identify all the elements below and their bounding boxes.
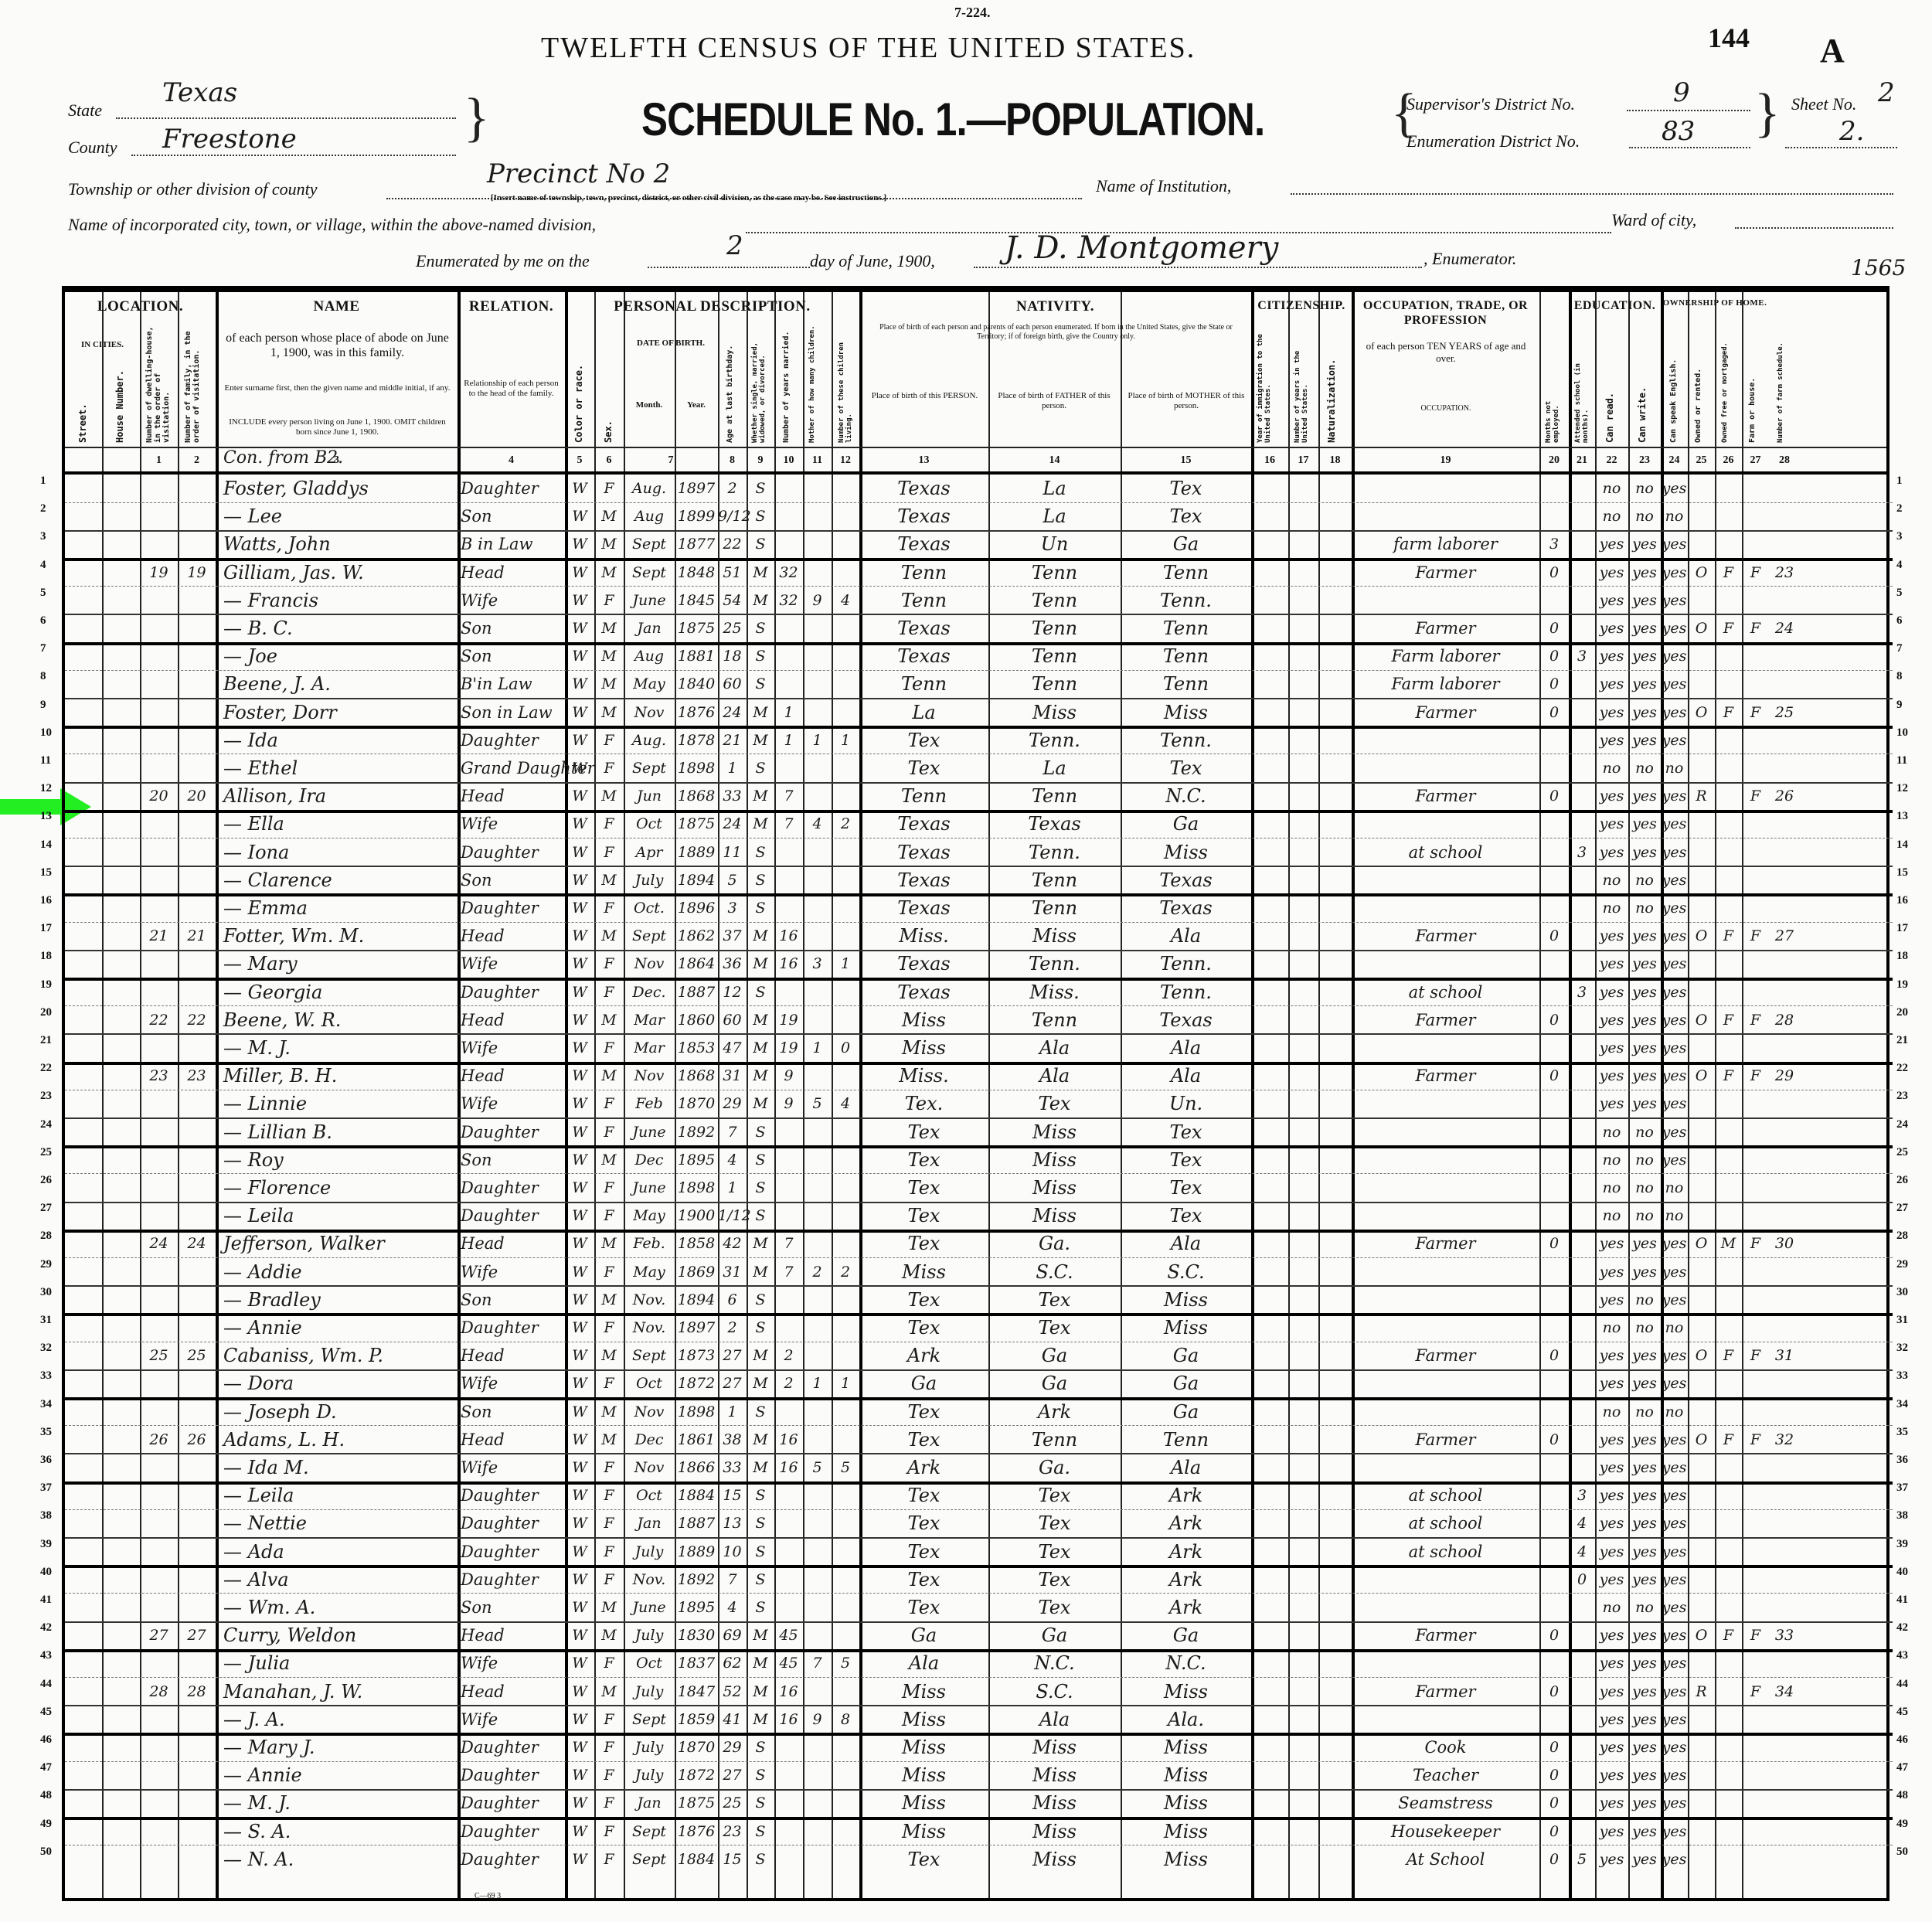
line-number: 30	[1896, 1286, 1908, 1299]
farm-house	[1742, 1651, 1769, 1675]
farm-schedule-number	[1769, 896, 1800, 920]
name-description: of each person whose place of abode on J…	[223, 331, 451, 360]
birthplace-mother: Ga	[1121, 1371, 1251, 1396]
person-name: — Julia	[223, 1651, 455, 1675]
family-number	[178, 1735, 216, 1760]
birthplace-father: Miss	[988, 1148, 1121, 1172]
months-unemployed	[1539, 868, 1569, 893]
color-race: W	[565, 1483, 594, 1508]
mother-of-children	[803, 1427, 832, 1452]
farm-schedule-number: 25	[1769, 700, 1800, 725]
speaks-english: yes	[1661, 868, 1688, 893]
line-number: 50	[1896, 1845, 1908, 1859]
birthplace-person: Ala	[859, 1651, 988, 1675]
table-row: — JuliaWifeWFOct183762M4575AlaN.C.N.C.ye…	[65, 1649, 1893, 1678]
age: 24	[718, 811, 747, 836]
months-unemployed: 0	[1539, 1735, 1569, 1760]
mother-of-children: 1	[803, 1371, 832, 1396]
years-married: 2	[774, 1371, 803, 1396]
table-row: — J. A.WifeWFSept185941M1698MissAlaAla.y…	[65, 1706, 1893, 1737]
birthplace-person: La	[859, 700, 988, 725]
months-unemployed	[1539, 1539, 1569, 1564]
birth-month: Aug	[624, 644, 675, 668]
table-row: — LeilaDaughterWFOct188415STexTexArkat s…	[65, 1481, 1893, 1510]
occupation: Farmer	[1352, 1679, 1539, 1704]
age: 1	[718, 1175, 747, 1200]
mother-of-children	[803, 1343, 832, 1368]
color-race: W	[565, 728, 594, 753]
relation: Head	[461, 1343, 565, 1368]
school-months	[1569, 1707, 1595, 1732]
line-number: 40	[40, 1566, 52, 1579]
can-read: yes	[1595, 644, 1628, 668]
speaks-english: yes	[1661, 728, 1688, 753]
enumerated-prefix: Enumerated by me on the	[416, 251, 590, 271]
person-name: — M. J.	[223, 1036, 455, 1060]
color-race: W	[565, 1819, 594, 1844]
can-read: yes	[1595, 1231, 1628, 1256]
speaks-english: yes	[1661, 1679, 1688, 1704]
months-unemployed: 0	[1539, 1623, 1569, 1648]
color-race: W	[565, 1063, 594, 1088]
occupation: Farmer	[1352, 1008, 1539, 1032]
birthplace-person: Tex	[859, 756, 988, 781]
relation: Head	[461, 1008, 565, 1032]
vh-mortgaged: Owned free or mortgaged.	[1721, 323, 1729, 443]
school-months	[1569, 1091, 1595, 1116]
can-read: yes	[1595, 1483, 1628, 1508]
line-number: 36	[40, 1454, 52, 1467]
birthplace-father: Tenn.	[988, 728, 1121, 753]
birthplace-father: Ala	[988, 1063, 1121, 1088]
family-number	[178, 1847, 216, 1872]
school-months: 5	[1569, 1847, 1595, 1872]
birthplace-mother: Ark	[1121, 1483, 1251, 1508]
mother-of-children	[803, 504, 832, 529]
occupation	[1352, 1120, 1539, 1145]
occupation: at school	[1352, 1511, 1539, 1536]
form-number: 7-224.	[954, 5, 991, 21]
birth-month: Jan	[624, 1791, 675, 1815]
birth-year: 1870	[675, 1735, 718, 1760]
owned-rented	[1688, 951, 1715, 976]
occupation: Farmer	[1352, 616, 1539, 641]
birthplace-person: Tex	[859, 1148, 988, 1172]
months-unemployed	[1539, 1511, 1569, 1536]
person-name: Beene, J. A.	[223, 672, 455, 696]
line-number: 7	[1896, 642, 1903, 655]
school-months	[1569, 672, 1595, 696]
birth-month: Sept	[624, 1707, 675, 1732]
free-mortgaged	[1715, 504, 1742, 529]
school-months	[1569, 756, 1595, 781]
line-number: 49	[1896, 1818, 1908, 1831]
speaks-english: yes	[1661, 1567, 1688, 1592]
months-unemployed	[1539, 1091, 1569, 1116]
age: 3	[718, 896, 747, 920]
birthplace-mother: Tex	[1121, 756, 1251, 781]
farm-schedule-number	[1769, 1651, 1800, 1675]
marital-status: S	[747, 1148, 774, 1172]
farm-schedule-number: 23	[1769, 560, 1800, 585]
family-number	[178, 504, 216, 529]
birthplace-mother: Ark	[1121, 1595, 1251, 1620]
months-unemployed	[1539, 1455, 1569, 1480]
table-row: Beene, J. A.B'in LawWMMay184060STennTenn…	[65, 670, 1893, 699]
children-living	[832, 980, 859, 1005]
age: 1	[718, 756, 747, 781]
line-number: 5	[1896, 587, 1903, 600]
owned-rented	[1688, 1707, 1715, 1732]
table-row: — RoySonWMDec18954STexMissTexnonoyes	[65, 1146, 1893, 1175]
birthplace-father: Ga	[988, 1371, 1121, 1396]
occupation: at school	[1352, 1483, 1539, 1508]
family-number	[178, 1567, 216, 1592]
vh-marital: Whether single, married, widowed, or div…	[751, 323, 767, 443]
family-number	[178, 1400, 216, 1424]
months-unemployed: 0	[1539, 1063, 1569, 1088]
line-number: 12	[40, 782, 52, 795]
children-living: 2	[832, 811, 859, 836]
farm-house	[1742, 728, 1769, 753]
birth-year: 1887	[675, 1511, 718, 1536]
can-write: yes	[1628, 672, 1661, 696]
age: 7	[718, 1120, 747, 1145]
can-read: yes	[1595, 1008, 1628, 1032]
state-field-line	[116, 117, 456, 119]
school-months: 3	[1569, 840, 1595, 865]
years-married	[774, 476, 803, 501]
children-living: 5	[832, 1455, 859, 1480]
can-read: yes	[1595, 980, 1628, 1005]
relation: Son	[461, 504, 565, 529]
can-write: yes	[1628, 1511, 1661, 1536]
dwelling-number	[140, 1036, 178, 1060]
farm-schedule-number	[1769, 1707, 1800, 1732]
occupation	[1352, 756, 1539, 781]
can-read: yes	[1595, 840, 1628, 865]
brace-district-right: }	[1754, 87, 1781, 141]
relation: Head	[461, 1231, 565, 1256]
years-married: 7	[774, 1231, 803, 1256]
birthplace-person: Miss	[859, 1735, 988, 1760]
school-months	[1569, 728, 1595, 753]
family-number	[178, 1819, 216, 1844]
age: 52	[718, 1679, 747, 1704]
birthplace-mother: Texas	[1121, 868, 1251, 893]
birthplace-person: Texas	[859, 840, 988, 865]
relation: Daughter	[461, 1175, 565, 1200]
can-read: yes	[1595, 1539, 1628, 1564]
relation: Wife	[461, 588, 565, 613]
birthplace-mother: Tenn	[1121, 672, 1251, 696]
years-married: 16	[774, 1679, 803, 1704]
occupation	[1352, 1260, 1539, 1284]
owned-rented: O	[1688, 1231, 1715, 1256]
birth-month: Sept	[624, 1847, 675, 1872]
age: 47	[718, 1036, 747, 1060]
dwelling-number: 23	[140, 1063, 178, 1088]
birth-year: 1861	[675, 1427, 718, 1452]
sheet-line	[1785, 147, 1897, 148]
birthplace-person: Miss	[859, 1791, 988, 1815]
years-married	[774, 644, 803, 668]
birthplace-person: Tex	[859, 1483, 988, 1508]
years-married	[774, 1120, 803, 1145]
owned-rented: R	[1688, 1679, 1715, 1704]
person-name: Curry, Weldon	[223, 1623, 455, 1648]
person-name: — Ida	[223, 728, 455, 753]
relation: Daughter	[461, 896, 565, 920]
birthplace-mother: Ga	[1121, 1623, 1251, 1648]
family-number: 26	[178, 1427, 216, 1452]
birthplace-father: Tex	[988, 1315, 1121, 1340]
dwelling-number	[140, 1120, 178, 1145]
school-months: 3	[1569, 980, 1595, 1005]
can-write: yes	[1628, 1819, 1661, 1844]
enumerated-suffix: day of June, 1900,	[810, 251, 935, 271]
person-name: — Leila	[223, 1483, 455, 1508]
age: 25	[718, 1791, 747, 1815]
speaks-english: yes	[1661, 1763, 1688, 1788]
sex: F	[594, 1791, 624, 1815]
birth-year: 1876	[675, 700, 718, 725]
birthplace-person: Tex	[859, 1595, 988, 1620]
color-race: W	[565, 1707, 594, 1732]
mother-of-children	[803, 784, 832, 808]
mother-of-children	[803, 1008, 832, 1032]
family-number	[178, 1791, 216, 1815]
farm-house: F	[1742, 1343, 1769, 1368]
birthplace-father: Miss	[988, 1791, 1121, 1815]
can-write: yes	[1628, 1567, 1661, 1592]
free-mortgaged	[1715, 756, 1742, 781]
color-race: W	[565, 1763, 594, 1788]
birthplace-father: Tex	[988, 1091, 1121, 1116]
age: 10	[718, 1539, 747, 1564]
line-number: 36	[1896, 1454, 1908, 1467]
family-number	[178, 951, 216, 976]
age: 29	[718, 1091, 747, 1116]
can-write: yes	[1628, 700, 1661, 725]
children-living	[832, 1511, 859, 1536]
line-number: 19	[1896, 978, 1908, 992]
marital-status: S	[747, 644, 774, 668]
vh-farm: Farm or house.	[1748, 354, 1757, 443]
relation: Head	[461, 1623, 565, 1648]
months-unemployed	[1539, 756, 1569, 781]
occupation: Farmer	[1352, 700, 1539, 725]
line-number: 20	[1896, 1006, 1908, 1019]
birthplace-person: Tex	[859, 1203, 988, 1228]
family-number	[178, 1763, 216, 1788]
age: 51	[718, 560, 747, 585]
table-row: — BradleySonWMNov.18946STexTexMissyesnoy…	[65, 1286, 1893, 1317]
owned-rented	[1688, 1148, 1715, 1172]
family-number	[178, 896, 216, 920]
owned-rented	[1688, 728, 1715, 753]
relation: Daughter	[461, 476, 565, 501]
birthplace-father: S.C.	[988, 1260, 1121, 1284]
children-living	[832, 1120, 859, 1145]
occupation	[1352, 1567, 1539, 1592]
line-number: 16	[40, 894, 52, 907]
years-married	[774, 1847, 803, 1872]
mother-of-children	[803, 1400, 832, 1424]
owned-rented	[1688, 1483, 1715, 1508]
line-number: 24	[40, 1118, 52, 1131]
farm-house: F	[1742, 784, 1769, 808]
mother-of-children: 2	[803, 1260, 832, 1284]
birth-year: 1887	[675, 980, 718, 1005]
can-read: yes	[1595, 1819, 1628, 1844]
age: 36	[718, 951, 747, 976]
line-number: 18	[40, 950, 52, 963]
vh-color: Color or race.	[573, 362, 584, 443]
can-read: no	[1595, 756, 1628, 781]
color-race: W	[565, 1260, 594, 1284]
person-name: — Clarence	[223, 868, 455, 893]
years-married: 32	[774, 560, 803, 585]
mother-of-children: 3	[803, 951, 832, 976]
months-unemployed: 0	[1539, 1343, 1569, 1368]
months-unemployed	[1539, 1203, 1569, 1228]
birth-year: 1892	[675, 1567, 718, 1592]
relation: Wife	[461, 811, 565, 836]
line-number: 33	[40, 1369, 52, 1383]
table-row: — Mary J.DaughterWFJuly187029SMissMissMi…	[65, 1733, 1893, 1762]
children-living: 1	[832, 951, 859, 976]
speaks-english: no	[1661, 1175, 1688, 1200]
age: 31	[718, 1063, 747, 1088]
owned-rented	[1688, 1791, 1715, 1815]
birthplace-mother: Tex	[1121, 1203, 1251, 1228]
color-race: W	[565, 1400, 594, 1424]
school-months	[1569, 1651, 1595, 1675]
birth-month: Oct	[624, 1651, 675, 1675]
colnum-2: 2	[178, 454, 216, 467]
farm-house: F	[1742, 1231, 1769, 1256]
marital-status: M	[747, 728, 774, 753]
person-name: Foster, Gladdys	[223, 476, 455, 501]
family-number: 23	[178, 1063, 216, 1088]
sex: F	[594, 1567, 624, 1592]
mother-of-children: 9	[803, 1707, 832, 1732]
birth-month: Feb.	[624, 1231, 675, 1256]
brace-left: }	[464, 91, 490, 145]
dwelling-number	[140, 588, 178, 613]
owned-rented: R	[1688, 784, 1715, 808]
years-married	[774, 672, 803, 696]
free-mortgaged	[1715, 1679, 1742, 1704]
speaks-english: yes	[1661, 1735, 1688, 1760]
colnum-23: 23	[1628, 454, 1661, 467]
age: 13	[718, 1511, 747, 1536]
birth-year: 1900	[675, 1203, 718, 1228]
birth-month: June	[624, 1175, 675, 1200]
farm-house	[1742, 756, 1769, 781]
free-mortgaged	[1715, 532, 1742, 556]
children-living: 5	[832, 1651, 859, 1675]
free-mortgaged: F	[1715, 1623, 1742, 1648]
school-months	[1569, 532, 1595, 556]
free-mortgaged	[1715, 1203, 1742, 1228]
line-number: 48	[40, 1789, 52, 1802]
years-married: 2	[774, 1343, 803, 1368]
farm-house	[1742, 672, 1769, 696]
line-number: 23	[40, 1090, 52, 1103]
birth-month: Aug.	[624, 728, 675, 753]
vh-years-married: Number of years married.	[782, 323, 791, 443]
birthplace-mother: Miss	[1121, 1763, 1251, 1788]
farm-schedule-number: 28	[1769, 1008, 1800, 1032]
birthplace-person: Tex	[859, 1231, 988, 1256]
farm-house	[1742, 1036, 1769, 1060]
table-row: — M. J.WifeWFMar185347M1910MissAlaAlayes…	[65, 1034, 1893, 1065]
months-unemployed	[1539, 588, 1569, 613]
age: 60	[718, 1008, 747, 1032]
children-living	[832, 1427, 859, 1452]
color-race: W	[565, 868, 594, 893]
relation: Daughter	[461, 1847, 565, 1872]
table-row: — LinnieWifeWFFeb187029M954Tex.TexUn.yes…	[65, 1090, 1893, 1119]
owned-rented	[1688, 1203, 1715, 1228]
age: 25	[718, 616, 747, 641]
relation: Head	[461, 1063, 565, 1088]
farm-house	[1742, 504, 1769, 529]
color-race: W	[565, 1791, 594, 1815]
line-number: 2	[40, 502, 46, 515]
table-row: — AnnieDaughterWFJuly187227SMissMissMiss…	[65, 1761, 1893, 1791]
vh-sex: Sex.	[603, 362, 614, 443]
free-mortgaged: F	[1715, 616, 1742, 641]
birth-month: Jun	[624, 784, 675, 808]
birth-month: Aug	[624, 504, 675, 529]
children-living: 1	[832, 1371, 859, 1396]
owned-rented	[1688, 532, 1715, 556]
farm-schedule-number	[1769, 1735, 1800, 1760]
school-months	[1569, 784, 1595, 808]
county-value: Freestone	[162, 124, 297, 155]
farm-schedule-number: 24	[1769, 616, 1800, 641]
occupation	[1352, 1288, 1539, 1312]
school-months	[1569, 1735, 1595, 1760]
owned-rented	[1688, 1400, 1715, 1424]
colnum-11: 11	[803, 454, 832, 467]
sex: M	[594, 1288, 624, 1312]
birthplace-father: Tex	[988, 1288, 1121, 1312]
mother-of-children	[803, 868, 832, 893]
relation: Son	[461, 1148, 565, 1172]
can-read: no	[1595, 504, 1628, 529]
line-number: 47	[40, 1761, 52, 1774]
children-living	[832, 560, 859, 585]
color-race: W	[565, 672, 594, 696]
age: 54	[718, 588, 747, 613]
line-number: 37	[1896, 1481, 1908, 1495]
children-living	[832, 784, 859, 808]
line-number: 32	[40, 1342, 52, 1355]
occupation-label: OCCUPATION.	[1357, 404, 1535, 413]
can-write: yes	[1628, 1427, 1661, 1452]
owned-rented	[1688, 1735, 1715, 1760]
sex: F	[594, 476, 624, 501]
can-write: yes	[1628, 784, 1661, 808]
dwelling-number	[140, 1595, 178, 1620]
farm-schedule-number: 30	[1769, 1231, 1800, 1256]
mother-of-children	[803, 1595, 832, 1620]
dwelling-number	[140, 1735, 178, 1760]
